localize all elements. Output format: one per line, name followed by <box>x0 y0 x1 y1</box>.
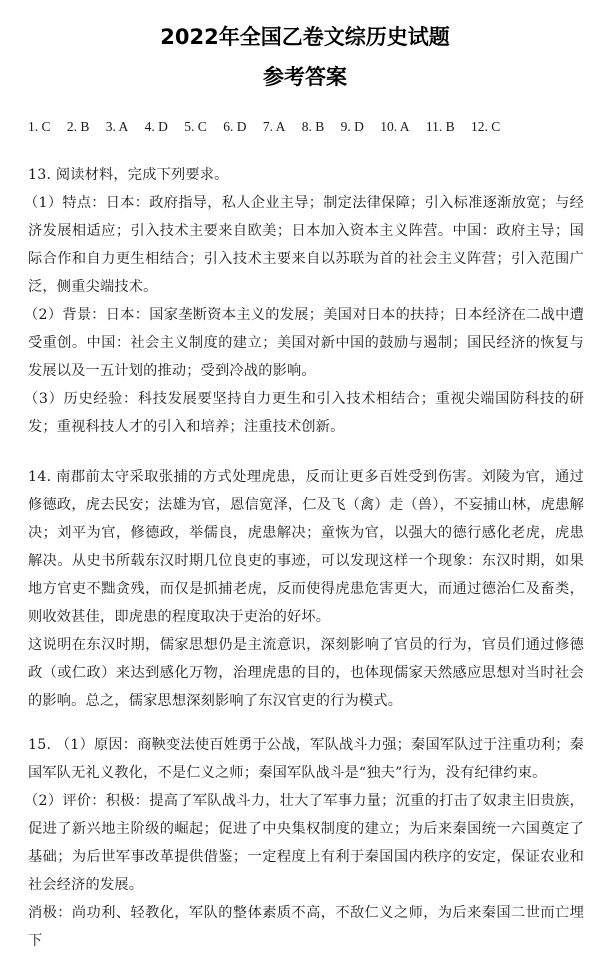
answer-3: 3. A <box>106 119 129 134</box>
q13-part3: （3）历史经验：科技发展要坚持自力更生和引入技术相结合；重视尖端国防科技的研发；… <box>28 385 584 441</box>
question-15: 15. （1）原因：商鞅变法使百姓勇于公战，军队战斗力强；秦国军队过于注重功利；… <box>28 731 584 955</box>
answer-10: 10. A <box>380 119 409 134</box>
question-13: 13. 阅读材料，完成下列要求。 （1）特点：日本：政府指导，私人企业主导；制定… <box>28 161 584 441</box>
answer-4: 4. D <box>145 119 168 134</box>
choice-answers: 1. C 2. B 3. A 4. D 5. C 6. D 7. A 8. B … <box>28 117 513 137</box>
q13-part1: （1）特点：日本：政府指导，私人企业主导；制定法律保障；引入标准逐渐放宽；与经济… <box>28 189 584 301</box>
q15-part1: 15. （1）原因：商鞅变法使百姓勇于公战，军队战斗力强；秦国军队过于注重功利；… <box>28 731 584 787</box>
answer-1: 1. C <box>28 119 51 134</box>
q15-part3: 消极：尚功利、轻教化，军队的整体素质不高，不敌仁义之师，为后来秦国二世而亡埋下 <box>28 899 584 955</box>
answer-5: 5. C <box>184 119 207 134</box>
answer-12: 12. C <box>471 119 500 134</box>
question-14: 14. 南郡前太守采取张捕的方式处理虎患，反而让更多百姓受到伤害。刘陵为官，通过… <box>28 463 584 715</box>
answer-8: 8. B <box>302 119 325 134</box>
answer-9: 9. D <box>341 119 364 134</box>
answer-7: 7. A <box>263 119 286 134</box>
q13-part2: （2）背景：日本：国家垄断资本主义的发展；美国对日本的扶持；日本经济在二战中遭受… <box>28 301 584 385</box>
q15-part2: （2）评价：积极：提高了军队战斗力，壮大了军事力量；沉重的打击了奴隶主旧贵族，促… <box>28 787 584 899</box>
answer-6: 6. D <box>223 119 246 134</box>
document-subtitle: 参考答案 <box>0 62 610 92</box>
answer-2: 2. B <box>67 119 90 134</box>
document-title: 2022年全国乙卷文综历史试题 <box>0 22 610 52</box>
q14-para2: 这说明在东汉时期，儒家思想仍是主流意识，深刻影响了官员的行为，官员们通过修德政（… <box>28 631 584 715</box>
answer-11: 11. B <box>426 119 455 134</box>
q14-para1: 14. 南郡前太守采取张捕的方式处理虎患，反而让更多百姓受到伤害。刘陵为官，通过… <box>28 463 584 631</box>
q13-stem: 13. 阅读材料，完成下列要求。 <box>28 161 584 189</box>
